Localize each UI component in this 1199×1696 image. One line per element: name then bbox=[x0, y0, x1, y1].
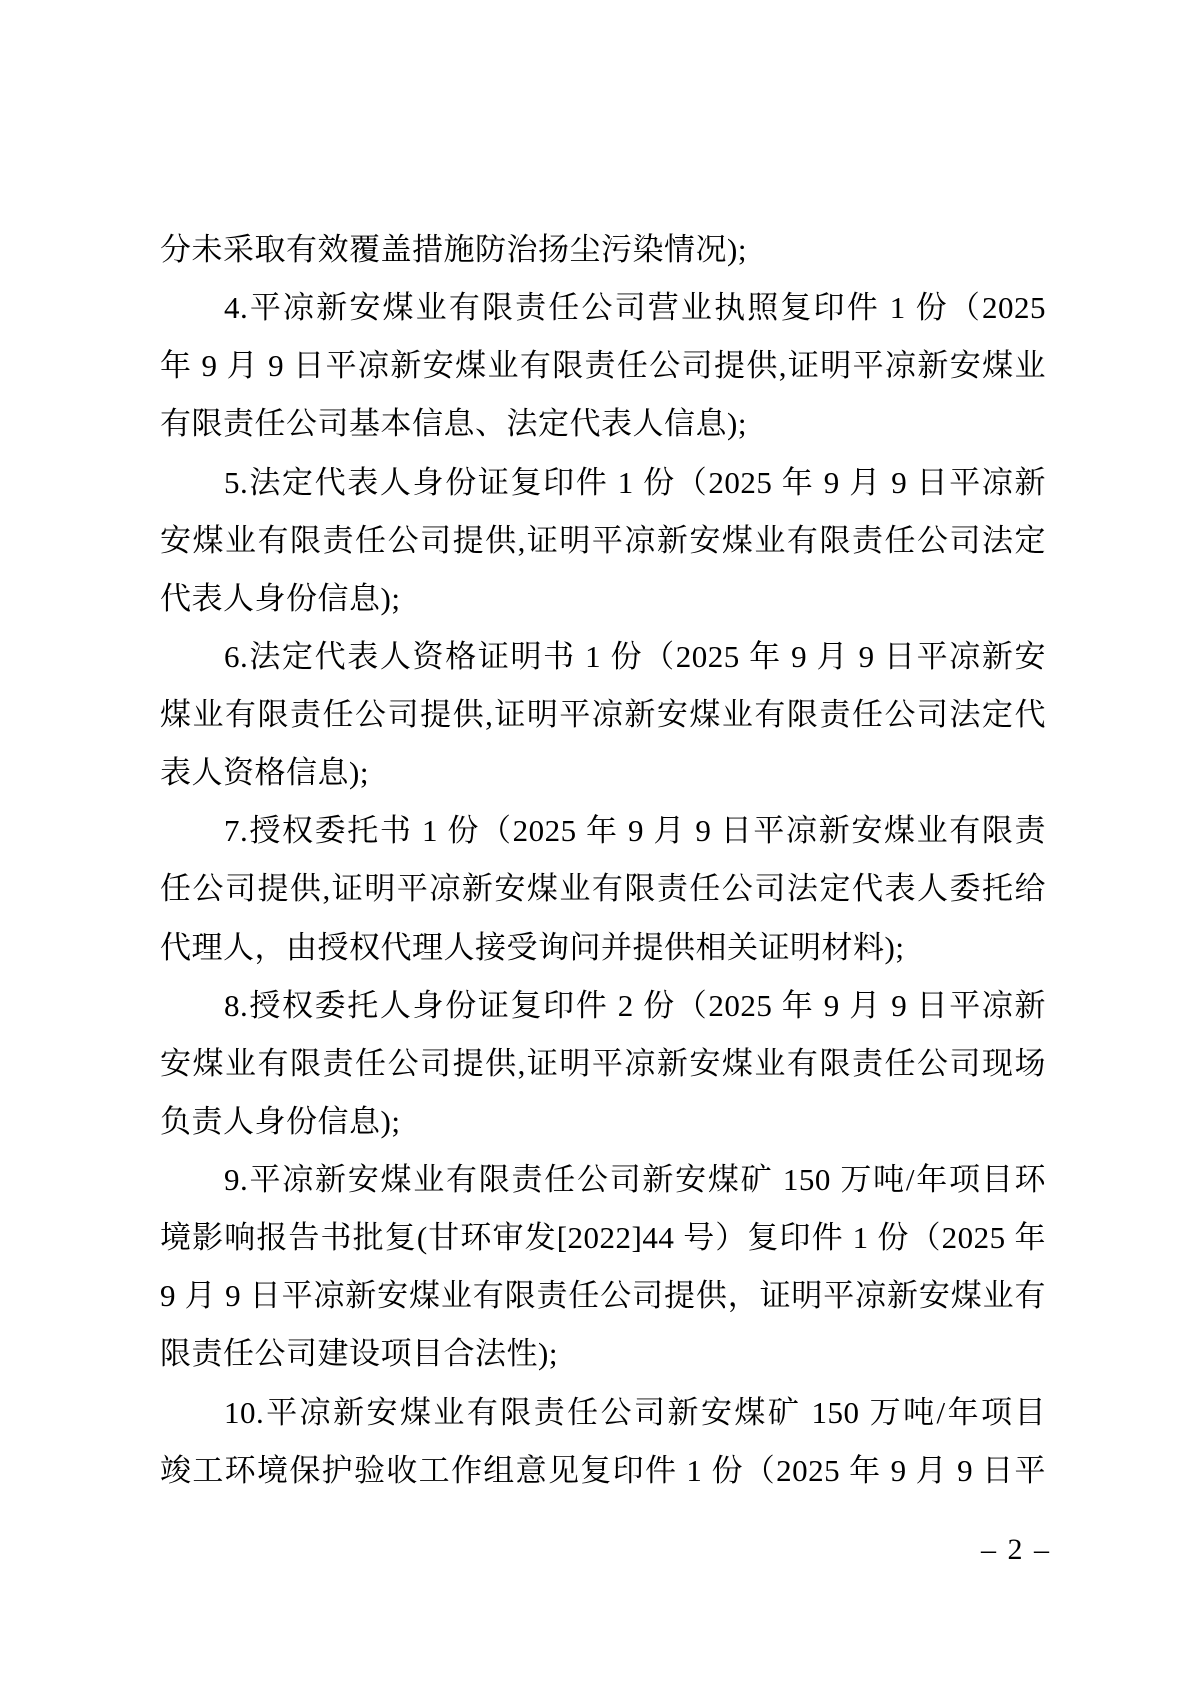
page-number: – 2 – bbox=[968, 1527, 1064, 1573]
body-line: 煤业有限责任公司提供,证明平凉新安煤业有限责任公司法定代 bbox=[160, 686, 1046, 744]
body-line: 代表人身份信息); bbox=[160, 570, 1046, 628]
body-line: 4.平凉新安煤业有限责任公司营业执照复印件 1 份（2025 bbox=[160, 279, 1046, 337]
body-line: 有限责任公司基本信息、法定代表人信息); bbox=[160, 395, 1046, 453]
body-line: 任公司提供,证明平凉新安煤业有限责任公司法定代表人委托给 bbox=[160, 860, 1046, 918]
body-line: 代理人，由授权代理人接受询问并提供相关证明材料); bbox=[160, 919, 1046, 977]
body-line: 年 9 月 9 日平凉新安煤业有限责任公司提供,证明平凉新安煤业 bbox=[160, 337, 1046, 395]
body-line: 安煤业有限责任公司提供,证明平凉新安煤业有限责任公司现场 bbox=[160, 1035, 1046, 1093]
body-line: 9.平凉新安煤业有限责任公司新安煤矿 150 万吨/年项目环 bbox=[160, 1151, 1046, 1209]
body-line: 竣工环境保护验收工作组意见复印件 1 份（2025 年 9 月 9 日平 bbox=[160, 1442, 1046, 1500]
body-line: 10.平凉新安煤业有限责任公司新安煤矿 150 万吨/年项目 bbox=[160, 1384, 1046, 1442]
body-line: 表人资格信息); bbox=[160, 744, 1046, 802]
body-line: 7.授权委托书 1 份（2025 年 9 月 9 日平凉新安煤业有限责 bbox=[160, 802, 1046, 860]
body-line: 8.授权委托人身份证复印件 2 份（2025 年 9 月 9 日平凉新 bbox=[160, 977, 1046, 1035]
body-line: 5.法定代表人身份证复印件 1 份（2025 年 9 月 9 日平凉新 bbox=[160, 454, 1046, 512]
body-line: 6.法定代表人资格证明书 1 份（2025 年 9 月 9 日平凉新安 bbox=[160, 628, 1046, 686]
document-body-text: 分未采取有效覆盖措施防治扬尘污染情况); 4.平凉新安煤业有限责任公司营业执照复… bbox=[160, 221, 1046, 1500]
document-page: 分未采取有效覆盖措施防治扬尘污染情况); 4.平凉新安煤业有限责任公司营业执照复… bbox=[0, 0, 1199, 1696]
body-line: 限责任公司建设项目合法性); bbox=[160, 1325, 1046, 1383]
body-line: 分未采取有效覆盖措施防治扬尘污染情况); bbox=[160, 221, 1046, 279]
body-line: 9 月 9 日平凉新安煤业有限责任公司提供，证明平凉新安煤业有 bbox=[160, 1267, 1046, 1325]
body-line: 负责人身份信息); bbox=[160, 1093, 1046, 1151]
body-line: 境影响报告书批复(甘环审发[2022]44 号）复印件 1 份（2025 年 bbox=[160, 1209, 1046, 1267]
body-line: 安煤业有限责任公司提供,证明平凉新安煤业有限责任公司法定 bbox=[160, 512, 1046, 570]
